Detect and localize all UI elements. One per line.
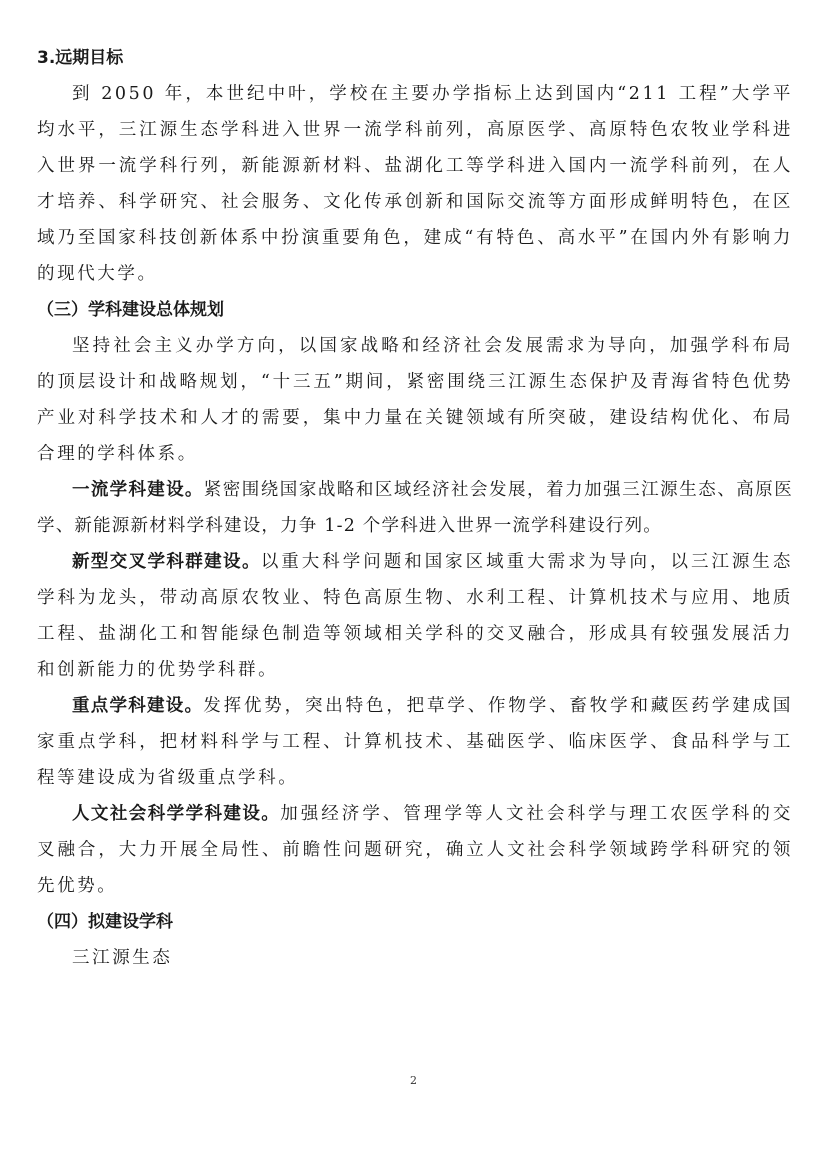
paragraph-key-discipline: 重点学科建设。发挥优势，突出特色，把草学、作物学、畜牧学和藏医药学建成国家重点学… xyxy=(37,688,793,796)
paragraph-lead: 人文社会科学学科建设。 xyxy=(72,804,280,824)
paragraph-lead: 重点学科建设。 xyxy=(72,696,203,716)
paragraph-humanities-discipline: 人文社会科学学科建设。加强经济学、管理学等人文社会科学与理工农医学科的交叉融合，… xyxy=(37,796,793,904)
section-heading-proposed-disciplines: （四）拟建设学科 xyxy=(37,904,793,940)
paragraph-planning-overview: 坚持社会主义办学方向，以国家战略和经济社会发展需求为导向，加强学科布局的顶层设计… xyxy=(37,328,793,472)
paragraph-text: 三江源生态 xyxy=(72,948,173,968)
paragraph-first-class-discipline: 一流学科建设。紧密围绕国家战略和区域经济社会发展，着力加强三江源生态、高原医学、… xyxy=(37,472,793,544)
paragraph-lead: 新型交叉学科群建设。 xyxy=(72,552,261,572)
section-heading-discipline-planning: （三）学科建设总体规划 xyxy=(37,292,793,328)
paragraph-long-term-goals: 到 2050 年，本世纪中叶，学校在主要办学指标上达到国内“211 工程”大学平… xyxy=(37,76,793,292)
paragraph-proposed-discipline-item: 三江源生态 xyxy=(37,940,793,976)
page-number: 2 xyxy=(0,1074,827,1087)
document-page: 3.远期目标 到 2050 年，本世纪中叶，学校在主要办学指标上达到国内“211… xyxy=(37,40,793,976)
section-heading-long-term-goals: 3.远期目标 xyxy=(37,40,793,76)
paragraph-lead: 一流学科建设。 xyxy=(72,480,204,500)
paragraph-interdisciplinary-group: 新型交叉学科群建设。以重大科学问题和国家区域重大需求为导向，以三江源生态学科为龙… xyxy=(37,544,793,688)
paragraph-text: 坚持社会主义办学方向，以国家战略和经济社会发展需求为导向，加强学科布局的顶层设计… xyxy=(37,336,793,464)
paragraph-text: 到 2050 年，本世纪中叶，学校在主要办学指标上达到国内“211 工程”大学平… xyxy=(37,84,793,284)
